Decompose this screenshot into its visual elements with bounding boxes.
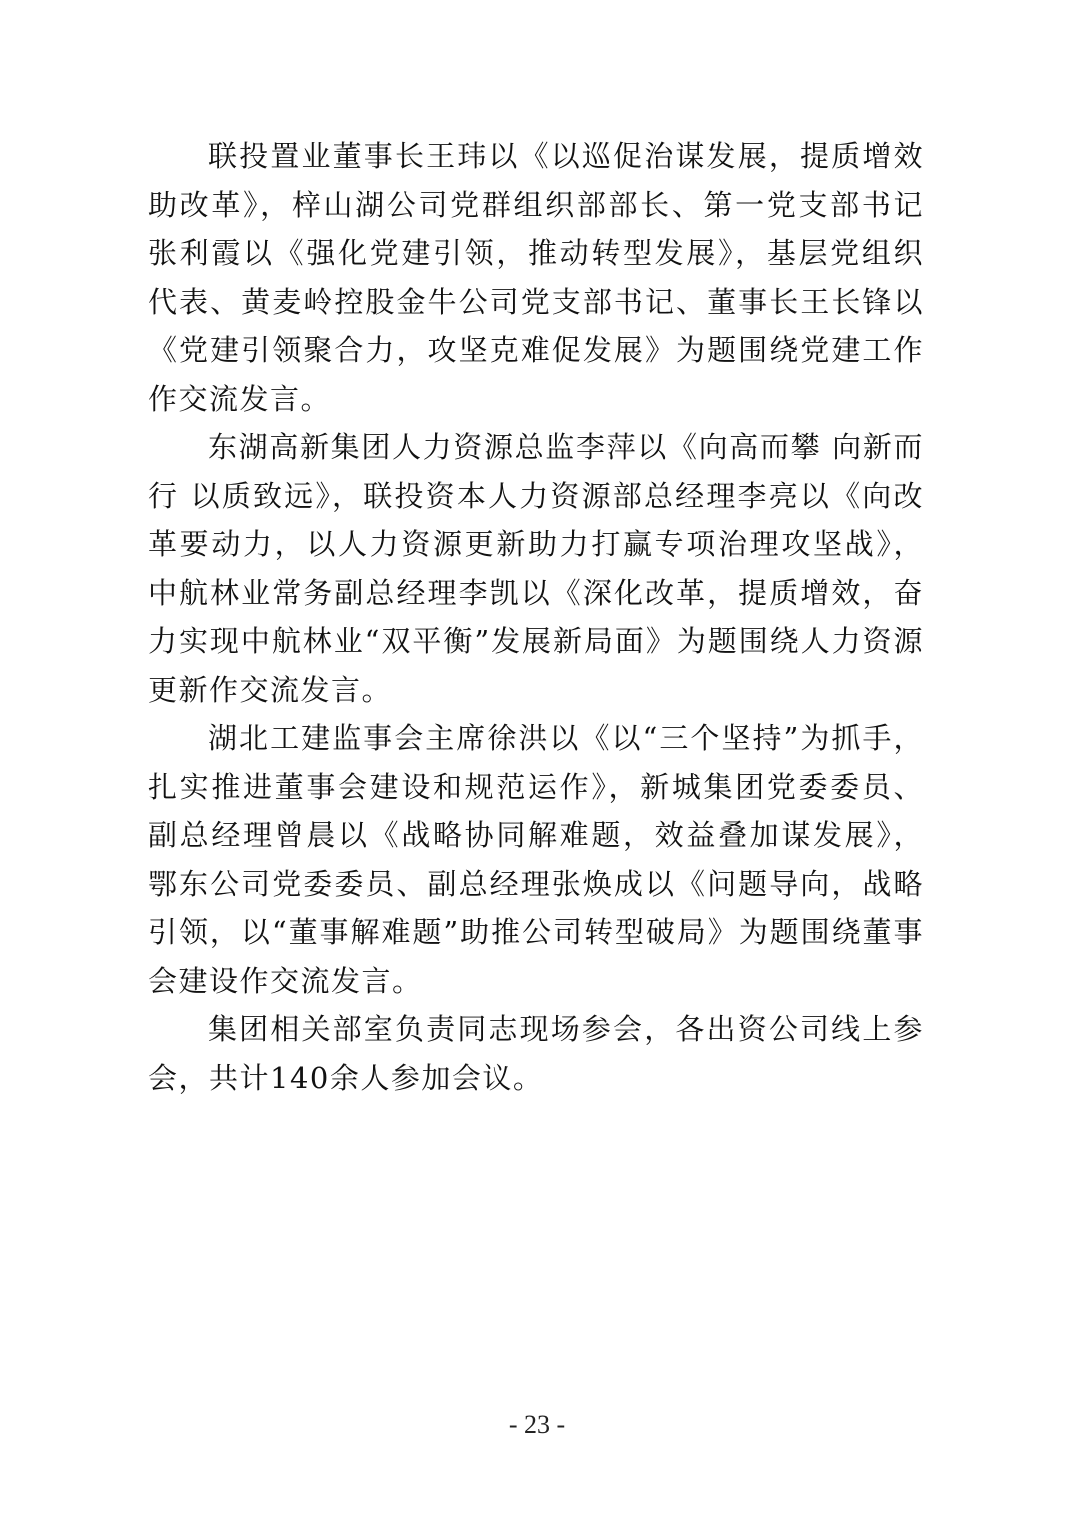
body-text: 联投置业董事长王玮以《以巡促治谋发展，提质增效助改革》，梓山湖公司党群组织部部长… bbox=[148, 132, 924, 1102]
page-number: - 23 - bbox=[0, 1410, 1074, 1440]
paragraph-board-construction: 湖北工建监事会主席徐洪以《以“三个坚持”为抓手，扎实推进董事会建设和规范运作》，… bbox=[148, 714, 924, 1005]
document-page: 联投置业董事长王玮以《以巡促治谋发展，提质增效助改革》，梓山湖公司党群组织部部长… bbox=[0, 0, 1074, 1520]
paragraph-human-resources: 东湖高新集团人力资源总监李萍以《向高而攀 向新而行 以质致远》，联投资本人力资源… bbox=[148, 423, 924, 714]
paragraph-attendance: 集团相关部室负责同志现场参会，各出资公司线上参会，共计140余人参加会议。 bbox=[148, 1005, 924, 1102]
paragraph-party-building: 联投置业董事长王玮以《以巡促治谋发展，提质增效助改革》，梓山湖公司党群组织部部长… bbox=[148, 132, 924, 423]
